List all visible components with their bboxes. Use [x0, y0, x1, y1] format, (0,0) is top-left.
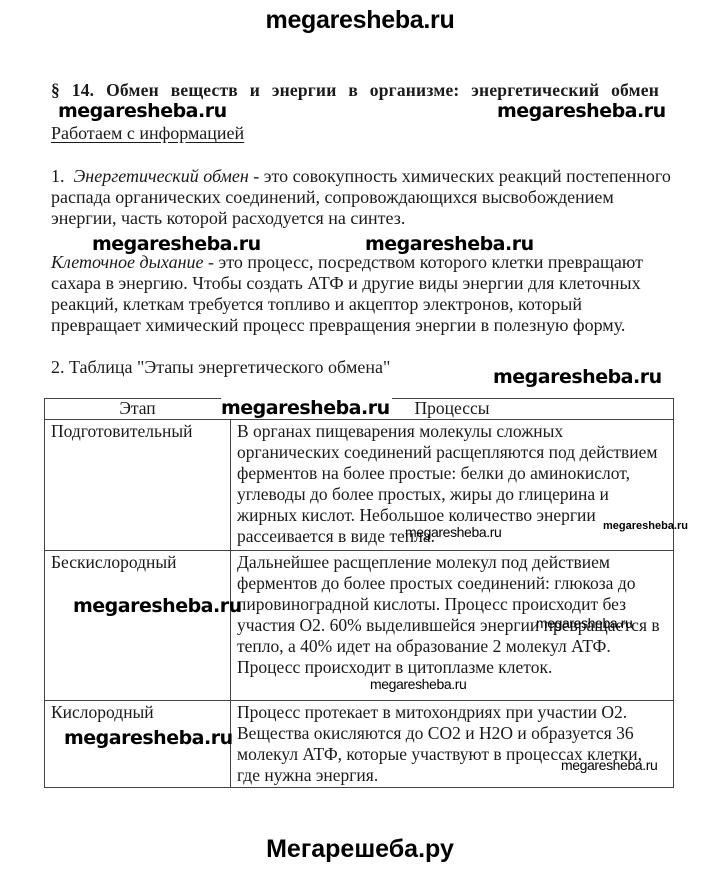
watermark: megaresheba.ru	[561, 757, 657, 773]
table-row: Подготовительный В органах пищеварения м…	[45, 420, 674, 551]
watermark: megaresheba.ru	[58, 100, 227, 122]
watermark: megaresheba.ru	[370, 676, 466, 692]
watermark-bottom: Мегарешеба.ру	[0, 835, 720, 864]
term-energy-exchange: Энергетический обмен	[74, 166, 249, 186]
term-cell-respiration: Клеточное дыхание	[51, 252, 204, 272]
watermark: megaresheba.ru	[536, 615, 632, 631]
watermark-top: megaresheba.ru	[0, 6, 720, 35]
section-1-definition-cell-respiration: Клеточное дыхание - это процесс, посредс…	[51, 252, 671, 336]
watermark: megaresheba.ru	[221, 397, 392, 419]
watermark: megaresheba.ru	[493, 366, 662, 388]
section-subheading: Работаем с информацией	[51, 123, 244, 144]
section-1-definition-energy-exchange: 1. Энергетический обмен - это совокупнос…	[51, 166, 671, 229]
watermark: megaresheba.ru	[73, 595, 242, 617]
stage-cell: Подготовительный	[45, 420, 231, 551]
watermark: megaresheba.ru	[603, 520, 688, 532]
watermark: megaresheba.ru	[64, 727, 233, 749]
watermark: megaresheba.ru	[405, 524, 501, 540]
header-stage: Этап	[45, 399, 231, 420]
process-cell: Процесс протекает в митохондриях при уча…	[231, 701, 674, 788]
page-heading: § 14. Обмен веществ и энергии в организм…	[51, 80, 659, 101]
stage-cell: Бескислородный	[45, 551, 231, 701]
watermark: megaresheba.ru	[497, 100, 666, 122]
item-number: 1.	[51, 166, 65, 186]
